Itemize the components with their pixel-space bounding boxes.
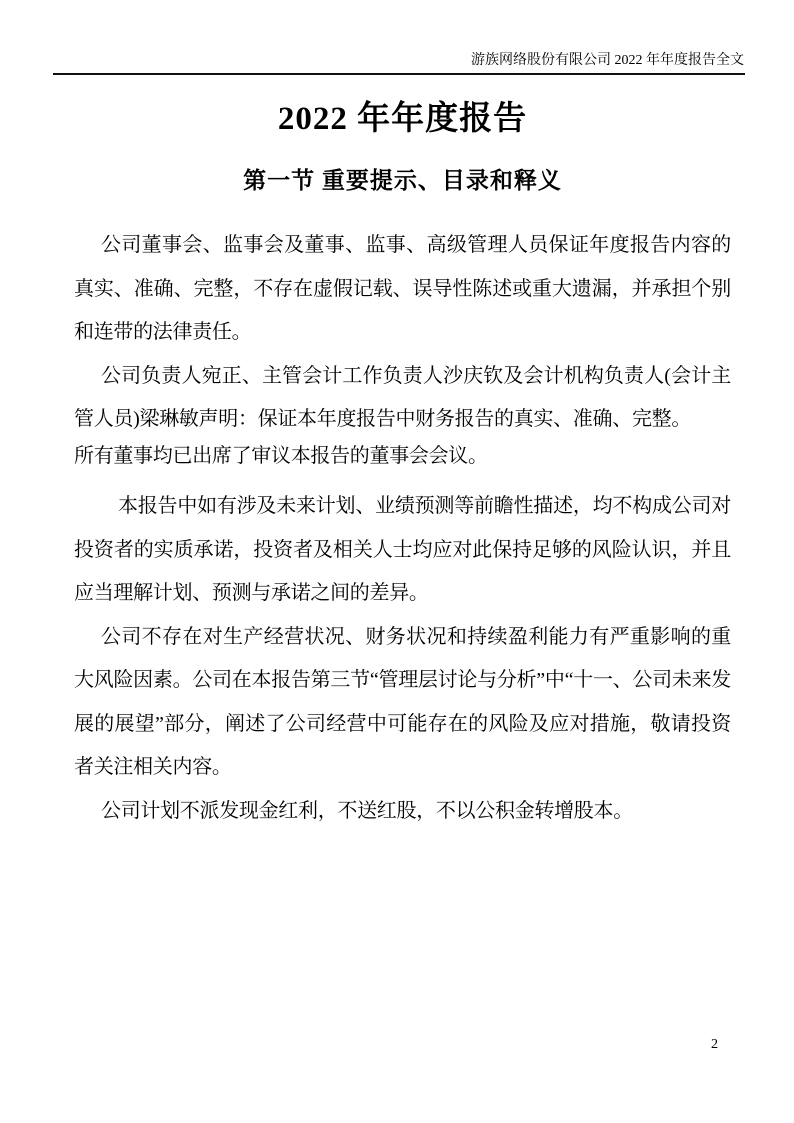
body-text: 公司董事会、监事会及董事、监事、高级管理人员保证年度报告内容的真实、准确、完整，…: [74, 224, 731, 833]
forward-looking-statement-paragraph: 本报告中如有涉及未来计划、业绩预测等前瞻性描述，均不构成公司对投资者的实质承诺，…: [74, 485, 731, 616]
risk-factors-paragraph: 公司不存在对生产经营状况、财务状况和持续盈利能力有严重影响的重大风险因素。公司在…: [74, 616, 731, 790]
report-title: 2022 年年度报告: [74, 97, 731, 141]
responsible-persons-paragraph: 公司负责人宛正、主管会计工作负责人沙庆钦及会计机构负责人(会计主管人员)梁琳敏声…: [74, 355, 731, 442]
section-title: 第一节 重要提示、目录和释义: [74, 164, 731, 198]
page-content: 2022 年年度报告 第一节 重要提示、目录和释义 公司董事会、监事会及董事、监…: [74, 0, 731, 833]
board-guarantee-paragraph: 公司董事会、监事会及董事、监事、高级管理人员保证年度报告内容的真实、准确、完整，…: [74, 224, 731, 355]
dividend-plan-paragraph: 公司计划不派发现金红利，不送红股，不以公积金转增股本。: [74, 790, 731, 834]
page-number: 2: [711, 1036, 718, 1054]
document-page: 游族网络股份有限公司 2022 年年度报告全文 2022 年年度报告 第一节 重…: [0, 0, 794, 1123]
